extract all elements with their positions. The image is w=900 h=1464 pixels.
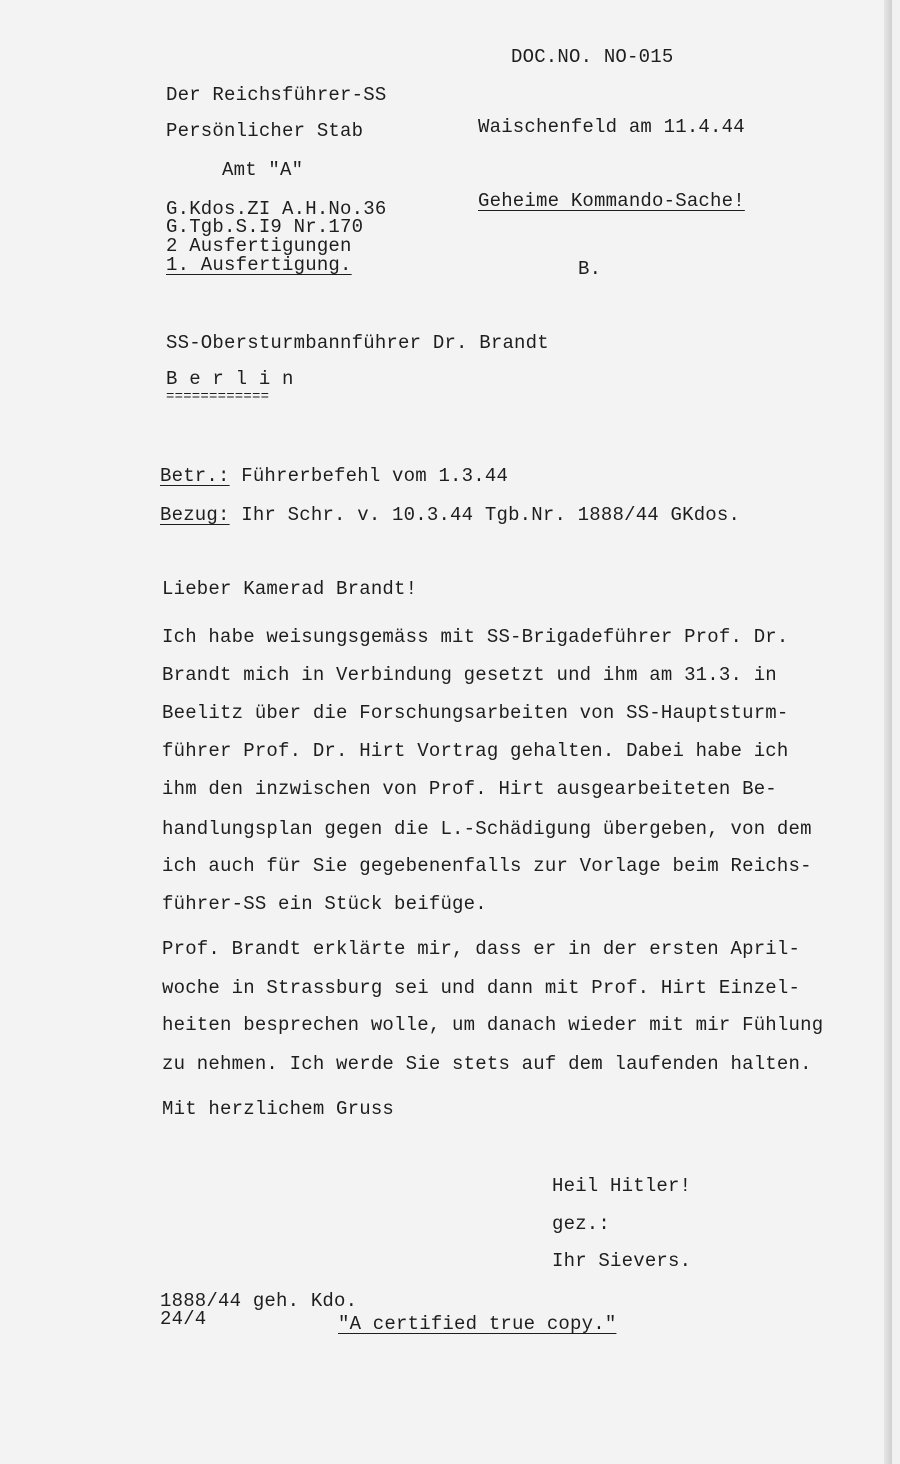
closing-greeting: Heil Hitler! [552,1175,691,1197]
place-date: Waischenfeld am 11.4.44 [478,116,745,138]
body-line: Beelitz über die Forschungsarbeiten von … [162,702,789,724]
salutation: Lieber Kamerad Brandt! [162,578,417,600]
sender-line-1: Der Reichsführer-SS [166,84,386,106]
footer-ref-2: 24/4 [160,1308,206,1330]
body-line: Prof. Brandt erklärte mir, dass er in de… [162,938,800,960]
closing-signature: Ihr Sievers. [552,1250,691,1272]
betr-text: Führerbefehl vom 1.3.44 [230,465,508,487]
document-page: DOC.NO. NO-015 Der Reichsführer-SS Persö… [0,0,892,1464]
body-line: Ich habe weisungsgemäss mit SS-Brigadefü… [162,626,789,648]
body-line: führer Prof. Dr. Hirt Vortrag gehalten. … [162,740,789,762]
certification: "A certified true copy." [338,1313,616,1335]
recipient-city-underline: ============ [166,386,269,408]
mark: B. [578,258,601,280]
sender-line-2: Persönlicher Stab [166,120,363,142]
body-line: woche in Strassburg sei und dann mit Pro… [162,977,800,999]
classification: Geheime Kommando-Sache! [478,190,745,212]
body-line: ich auch für Sie gegebenenfalls zur Vorl… [162,855,812,877]
subject-bezug: Bezug: Ihr Schr. v. 10.3.44 Tgb.Nr. 1888… [160,504,740,526]
closing-signed: gez.: [552,1213,610,1235]
body-line: Mit herzlichem Gruss [162,1098,394,1120]
reference-4: 1. Ausfertigung. [166,254,352,276]
doc-number: DOC.NO. NO-015 [511,46,673,68]
subject-betr: Betr.: Führerbefehl vom 1.3.44 [160,465,508,487]
bezug-text: Ihr Schr. v. 10.3.44 Tgb.Nr. 1888/44 GKd… [230,504,740,526]
body-line: heiten besprechen wolle, um danach wiede… [162,1014,823,1036]
sender-line-3: Amt "A" [222,159,303,181]
bezug-label: Bezug: [160,504,230,526]
page-edge [884,0,892,1464]
body-line: handlungsplan gegen die L.-Schädigung üb… [162,818,812,840]
body-line: Brandt mich in Verbindung gesetzt und ih… [162,664,777,686]
body-line: zu nehmen. Ich werde Sie stets auf dem l… [162,1053,812,1075]
recipient-name: SS-Obersturmbannführer Dr. Brandt [166,332,549,354]
body-line: ihm den inzwischen von Prof. Hirt ausgea… [162,778,777,800]
body-line: führer-SS ein Stück beifüge. [162,893,487,915]
betr-label: Betr.: [160,465,230,487]
